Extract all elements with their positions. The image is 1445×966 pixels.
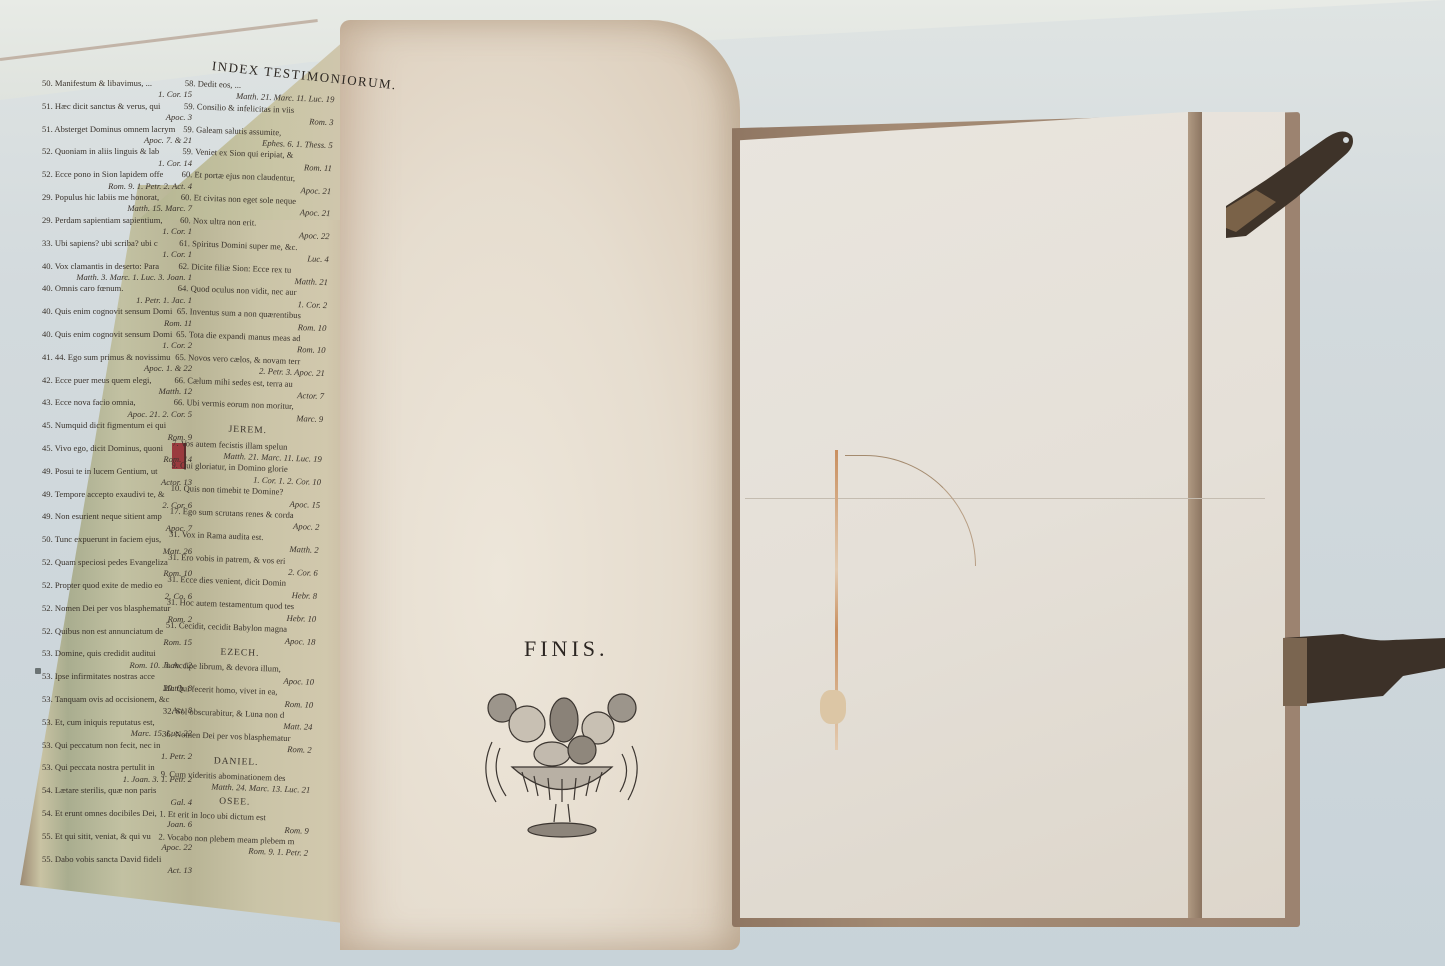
scripture-reference: Apoc. 1. & 22: [42, 363, 192, 374]
index-entry: 40. Quis enim cognovit sensum Domi: [42, 306, 192, 317]
scripture-reference: Rom. 14: [42, 454, 192, 465]
fruit-bowl-woodcut-icon: [472, 672, 652, 840]
scripture-reference: Matth. 12: [42, 386, 192, 397]
book-heading: OSEE.: [160, 794, 310, 811]
scripture-reference: Actor. 13: [42, 477, 192, 488]
scripture-reference: Matth. 15. Marc. 7: [42, 203, 192, 214]
bottom-clasp-icon: [1283, 628, 1445, 718]
board-edge: [1188, 112, 1202, 918]
index-column-2: 58. Dedit eos, ...Matth. 21. Marc. 11. L…: [158, 78, 335, 860]
index-entry: 41. 44. Ego sum primus & novissimu: [42, 352, 192, 363]
scripture-reference: Apoc. 21. 2. Cor. 5: [42, 409, 192, 420]
paper-fold-line: [745, 498, 1265, 499]
finis-label: FINIS.: [524, 636, 609, 662]
book-heading: EZECH.: [165, 646, 315, 663]
clasp-pin: [35, 668, 41, 674]
book-heading: JEREM.: [173, 423, 323, 440]
index-entry: 42. Ecce puer meus quem elegi,: [42, 375, 192, 386]
index-entry: 40. Quis enim cognovit sensum Domi: [42, 329, 192, 340]
scripture-reference: Matth. 3. Marc. 1. Luc. 3. Joan. 1: [42, 272, 192, 283]
scripture-reference: Apoc. 7. & 21: [42, 135, 192, 146]
index-entry: 51. Hæc dicit sanctus & verus, qui: [42, 101, 192, 112]
paper-loss: [820, 690, 846, 724]
index-entry: 33. Ubi sapiens? ubi scriba? ubi c: [42, 238, 192, 249]
scripture-reference: 1. Cor. 2: [42, 340, 192, 351]
scripture-reference: Act. 13: [42, 865, 192, 876]
index-entry: 40. Omnis caro fœnum.: [42, 283, 192, 294]
scripture-reference: Rom. 9. 1. Petr. 2. Act. 4: [42, 181, 192, 192]
index-entry: 43. Ecce nova facio omnia,: [42, 397, 192, 408]
blank-flyleaf: [740, 112, 1285, 918]
book-heading: DANIEL.: [161, 754, 311, 771]
index-entry: 51. Absterget Dominus omnem lacrym: [42, 124, 192, 135]
index-entry: 45. Vivo ego, dicit Dominus, quoni: [42, 443, 192, 454]
index-entry: 52. Ecce pono in Sion lapidem offe: [42, 169, 192, 180]
index-entry: 40. Vox clamantis in deserto: Para: [42, 261, 192, 272]
index-entry: 45. Numquid dicit figmentum ei qui: [42, 420, 192, 431]
index-entry: 29. Populus hic labiis me honorat,: [42, 192, 192, 203]
top-clasp-icon: [1226, 128, 1356, 238]
scripture-reference: Apoc. 3: [42, 112, 192, 123]
index-entry: 49. Posui te in lucem Gentium, ut: [42, 466, 192, 477]
scripture-reference: 1. Cor. 1: [42, 226, 192, 237]
index-entry: 50. Manifestum & libavimus, ...: [42, 78, 192, 89]
index-entry: 55. Dabo vobis sancta David fideli: [42, 854, 192, 865]
scripture-reference: 1. Cor. 14: [42, 158, 192, 169]
scripture-reference: 1. Cor. 1: [42, 249, 192, 260]
scripture-reference: 1. Petr. 1. Jac. 1: [42, 295, 192, 306]
index-entry: 52. Quoniam in aliis linguis & lab: [42, 146, 192, 157]
index-entry: 29. Perdam sapientiam sapientium,: [42, 215, 192, 226]
scripture-reference: Rom. 9: [42, 432, 192, 443]
scripture-reference: 1. Cor. 15: [42, 89, 192, 100]
scripture-reference: Rom. 11: [42, 318, 192, 329]
